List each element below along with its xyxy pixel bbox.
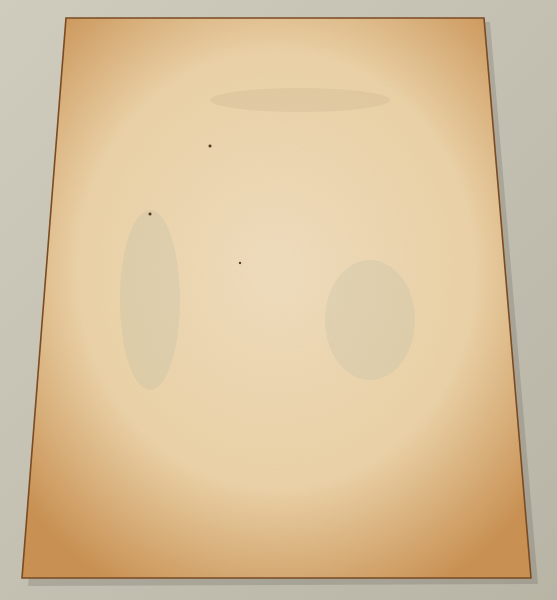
speck: [209, 145, 212, 148]
speck: [149, 213, 152, 216]
photo-scene: [0, 0, 557, 600]
speck: [239, 262, 241, 264]
paper-sheet-graphic: [0, 0, 557, 600]
